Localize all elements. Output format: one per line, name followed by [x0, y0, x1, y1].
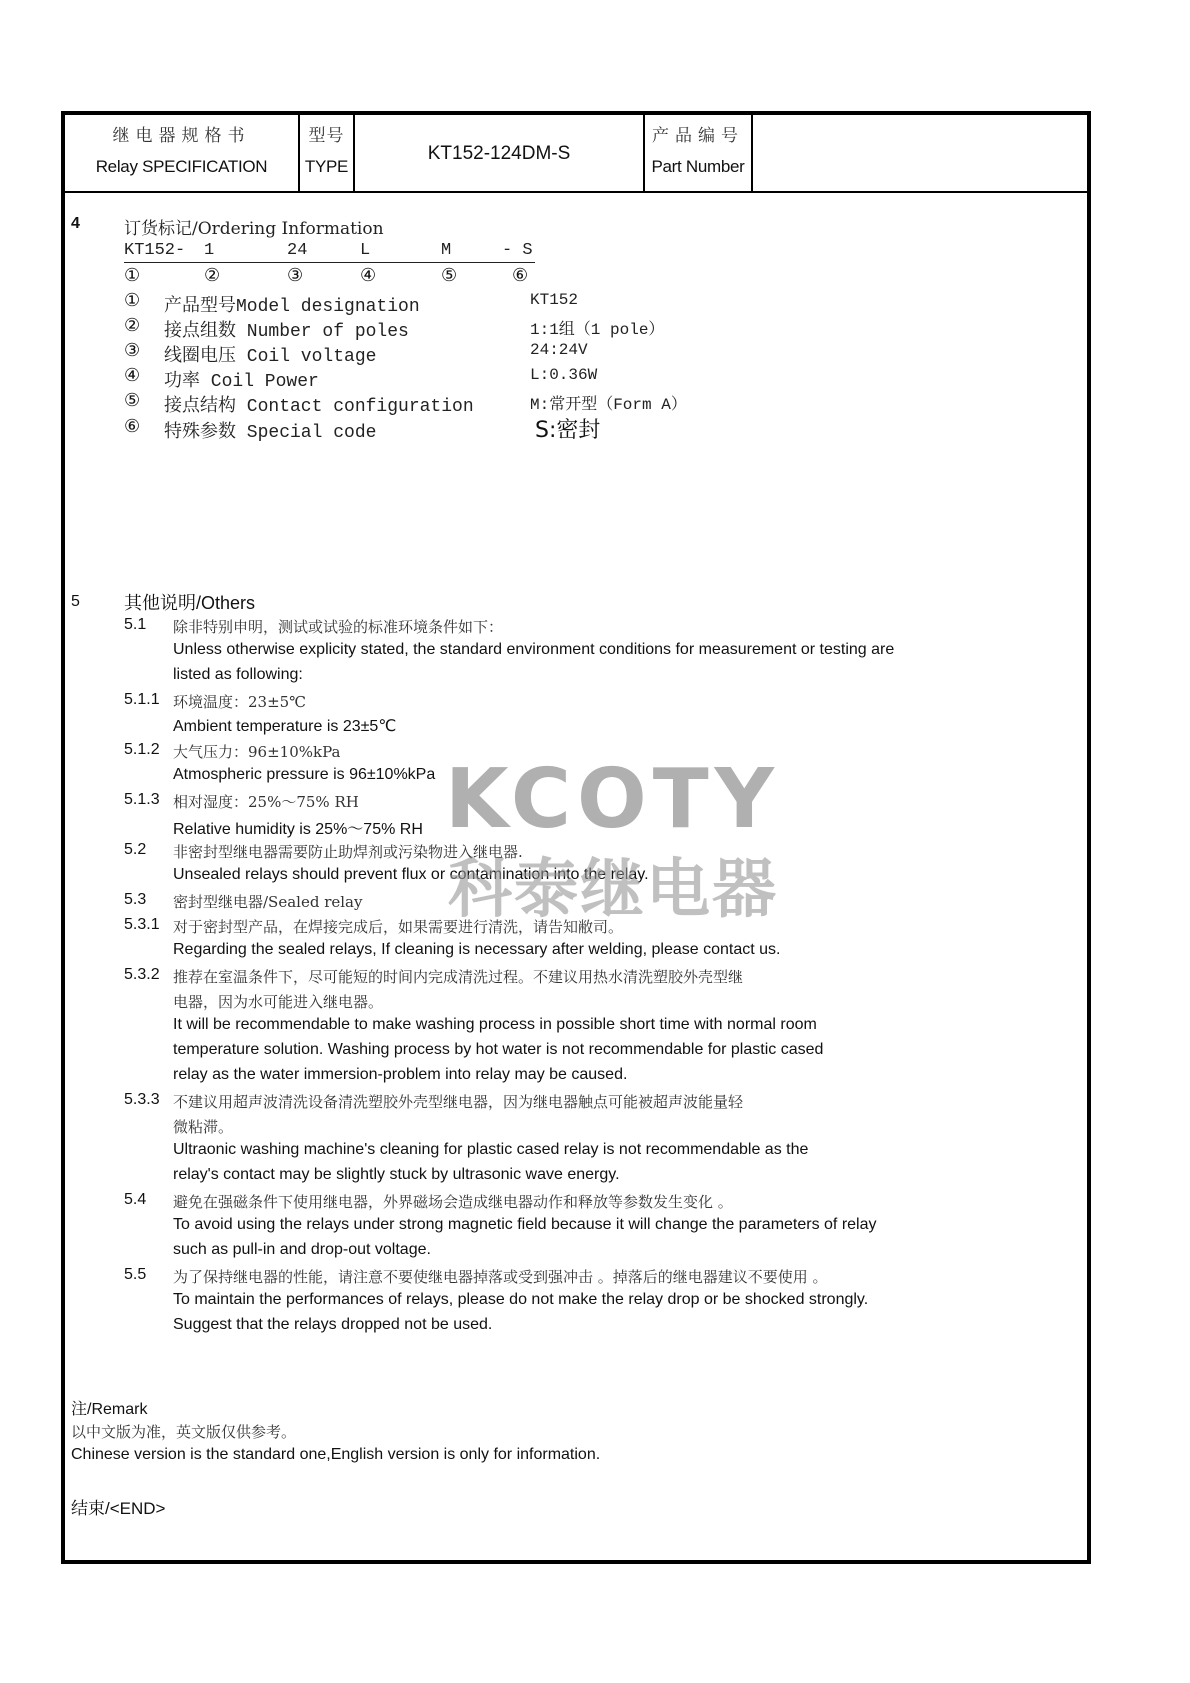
spec-row-label: 线圈电压 Coil voltage: [164, 341, 376, 367]
clause-text: 除非特别申明，测试或试验的标准环境条件如下：: [173, 616, 503, 637]
remark-cn: 以中文版为准，英文版仅供参考。: [71, 1421, 296, 1442]
spec-row-label: 接点组数 Number of poles: [164, 316, 409, 342]
clause-text: Unless otherwise explicity stated, the s…: [173, 641, 894, 659]
spec-row-label: 产品型号Model designation: [164, 291, 420, 317]
code-part: M: [441, 241, 451, 260]
clause-number: 5.1.3: [124, 791, 160, 809]
clause-text: listed as following:: [173, 666, 303, 684]
code-marker: ③: [287, 265, 303, 286]
part-number-cn: 产品编号: [645, 121, 751, 146]
clause-text: It will be recommendable to make washing…: [173, 1016, 817, 1034]
clause-text: Unsealed relays should prevent flux or c…: [173, 866, 649, 884]
clause-text: Suggest that the relays dropped not be u…: [173, 1316, 492, 1334]
clause-text: Regarding the sealed relays, If cleaning…: [173, 941, 780, 959]
clause-text: 相对湿度：25%～75% RH: [173, 791, 359, 812]
spec-row-value: S:密封: [535, 413, 600, 444]
clause-text: Atmospheric pressure is 96±10%kPa: [173, 766, 435, 784]
type-label-cell: 型号 TYPE: [300, 115, 355, 191]
code-part: 24: [287, 241, 307, 260]
code-part: 1: [204, 241, 214, 260]
spec-row-marker: ①: [124, 290, 140, 311]
spec-row-marker: ④: [124, 365, 140, 386]
code-part: - S: [502, 241, 533, 260]
section4-title: 订货标记/Ordering Information: [124, 214, 384, 239]
type-label-en: TYPE: [300, 157, 353, 177]
spec-row-value: L:0.36W: [530, 366, 597, 384]
code-marker: ⑤: [441, 265, 457, 286]
clause-number: 5.3.2: [124, 966, 160, 984]
code-marker: ④: [360, 265, 376, 286]
clause-text: temperature solution. Washing process by…: [173, 1041, 823, 1059]
clause-number: 5.4: [124, 1191, 146, 1209]
clause-text: Ultraonic washing machine's cleaning for…: [173, 1141, 808, 1159]
spec-row-label: 接点结构 Contact configuration: [164, 391, 474, 417]
code-underline: [124, 262, 535, 263]
spec-row-label: 特殊参数 Special code: [164, 417, 376, 443]
spec-title-en: Relay SPECIFICATION: [65, 157, 298, 177]
clause-text: 非密封型继电器需要防止助焊剂或污染物进入继电器.: [173, 841, 523, 862]
part-number-label-cell: 产品编号 Part Number: [645, 115, 753, 191]
clause-number: 5.1: [124, 616, 146, 634]
clause-number: 5.2: [124, 841, 146, 859]
clause-text: 微粘滞。: [173, 1116, 233, 1137]
section4-number: 4: [71, 215, 80, 233]
spec-row-marker: ⑥: [124, 416, 140, 437]
spec-row-marker: ⑤: [124, 390, 140, 411]
clause-number: 5.3.3: [124, 1091, 160, 1109]
clause-number: 5.5: [124, 1266, 146, 1284]
clause-text: Relative humidity is 25%～75% RH: [173, 816, 423, 839]
clause-text: 密封型继电器/Sealed relay: [173, 891, 362, 912]
spec-row-value: 24:24V: [530, 341, 588, 359]
code-marker: ⑥: [512, 265, 528, 286]
section5-title: 其他说明/Others: [124, 589, 255, 615]
part-number-value-cell: [753, 115, 1087, 191]
spec-row-value: 1:1组（1 pole）: [530, 316, 664, 339]
code-part: L: [360, 241, 370, 260]
remark-en: Chinese version is the standard one,Engl…: [71, 1446, 600, 1464]
clause-text: relay as the water immersion-problem int…: [173, 1066, 627, 1084]
clause-text: To avoid using the relays under strong m…: [173, 1216, 877, 1234]
clause-text: relay's contact may be slightly stuck by…: [173, 1166, 620, 1184]
clause-text: 为了保持继电器的性能，请注意不要使继电器掉落或受到强冲击 。掉落后的继电器建议不…: [173, 1266, 828, 1287]
clause-number: 5.1.1: [124, 691, 160, 709]
spec-row-label: 功率 Coil Power: [164, 366, 319, 392]
type-label-cn: 型号: [300, 121, 353, 146]
section5-number: 5: [71, 593, 80, 611]
clause-number: 5.3: [124, 891, 146, 909]
clause-number: 5.1.2: [124, 741, 160, 759]
clause-text: To maintain the performances of relays, …: [173, 1291, 868, 1309]
clause-text: 大气压力：96±10%kPa: [173, 741, 340, 762]
code-part: KT152-: [124, 241, 185, 260]
clause-text: such as pull-in and drop-out voltage.: [173, 1241, 431, 1259]
code-marker: ①: [124, 265, 140, 286]
spec-row-marker: ③: [124, 340, 140, 361]
code-marker: ②: [204, 265, 220, 286]
clause-text: 避免在强磁条件下使用继电器，外界磁场会造成继电器动作和释放等参数发生变化 。: [173, 1191, 733, 1212]
spec-row-marker: ②: [124, 315, 140, 336]
clause-number: 5.3.1: [124, 916, 160, 934]
part-number-en: Part Number: [645, 157, 751, 177]
remark-title: 注/Remark: [71, 1396, 147, 1419]
spec-title-cell: 继电器规格书 Relay SPECIFICATION: [65, 115, 300, 191]
clause-text: 不建议用超声波清洗设备清洗塑胶外壳型继电器，因为继电器触点可能被超声波能量轻: [173, 1091, 743, 1112]
end-marker: 结束/<END>: [71, 1494, 165, 1519]
clause-text: 对于密封型产品，在焊接完成后，如果需要进行清洗，请告知敝司。: [173, 916, 623, 937]
spec-header: 继电器规格书 Relay SPECIFICATION 型号 TYPE KT152…: [65, 115, 1087, 193]
clause-text: Ambient temperature is 23±5℃: [173, 716, 396, 736]
clause-text: 电器，因为水可能进入继电器。: [173, 991, 383, 1012]
spec-row-value: KT152: [530, 291, 578, 309]
clause-text: 环境温度：23±5℃: [173, 691, 306, 712]
spec-title-cn: 继电器规格书: [65, 121, 298, 146]
spec-row-value: M:常开型（Form A）: [530, 391, 687, 414]
model-cell: KT152-124DM-S: [355, 115, 645, 191]
clause-text: 推荐在室温条件下，尽可能短的时间内完成清洗过程。不建议用热水清洗塑胶外壳型继: [173, 966, 743, 987]
model-value: KT152-124DM-S: [355, 143, 643, 165]
